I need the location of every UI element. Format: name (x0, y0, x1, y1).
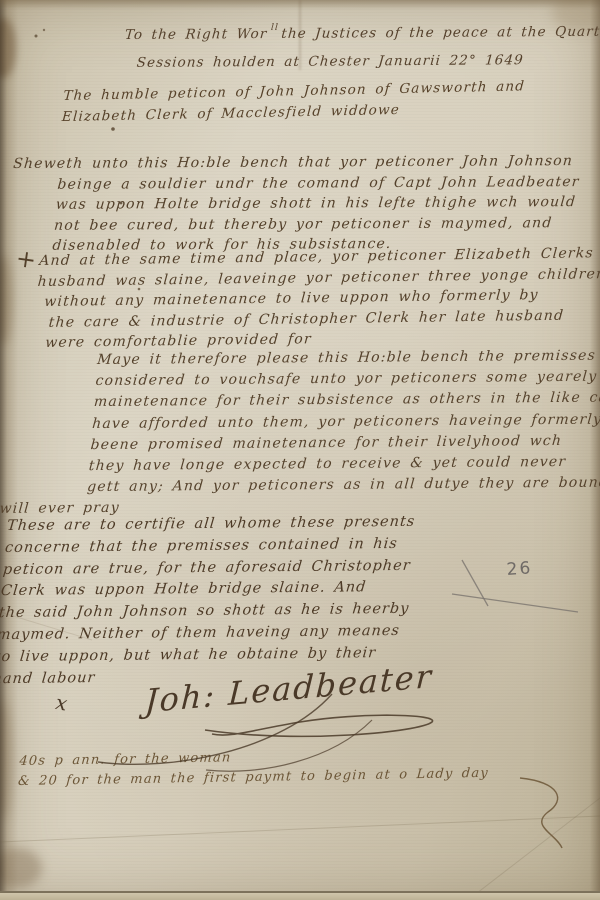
petition-paragraph-sheweth: Sheweth unto this Ho:ble bench that yor … (6, 151, 583, 257)
paper-edge-top (0, 0, 600, 9)
manuscript-line: was uppon Holte bridge shott in his left… (9, 192, 579, 215)
paper-edge-left (0, 0, 18, 900)
petition-title: The humble peticon of John Johnson of Ga… (61, 76, 526, 128)
order-notes: 40s p ann. for the woman & 20 for the ma… (17, 744, 491, 792)
heading-line-1: To the Right Worllthe Justices of the pe… (124, 19, 600, 50)
manuscript-page: To the Right Worllthe Justices of the pe… (0, 0, 600, 900)
manuscript-line: Sheweth unto this Ho:ble bench that yor … (12, 151, 582, 174)
underlying-sheet-edge (0, 891, 600, 900)
pencil-folio-number: 26 (506, 558, 533, 580)
manuscript-line: not bee cured, but thereby yor peticoner… (7, 213, 577, 236)
heading-line-2: Sessions houlden at Chester Januarii 22°… (122, 47, 600, 76)
address-heading: To the Right Worllthe Justices of the pe… (122, 19, 600, 76)
margin-cross-mark: + (14, 244, 38, 275)
petition-paragraph-prayer: Maye it therefore please this Ho:ble ben… (85, 345, 600, 519)
petition-paragraph-clerk: And at the same time and place, yor peti… (32, 243, 600, 354)
superscript-abbreviation: ll (270, 23, 279, 33)
heading-line1-post: the Justices of the peace at the Quarter (281, 24, 600, 42)
heading-line1-pre: To the Right Wor (124, 26, 268, 43)
signature-x-mark: x (54, 690, 69, 716)
